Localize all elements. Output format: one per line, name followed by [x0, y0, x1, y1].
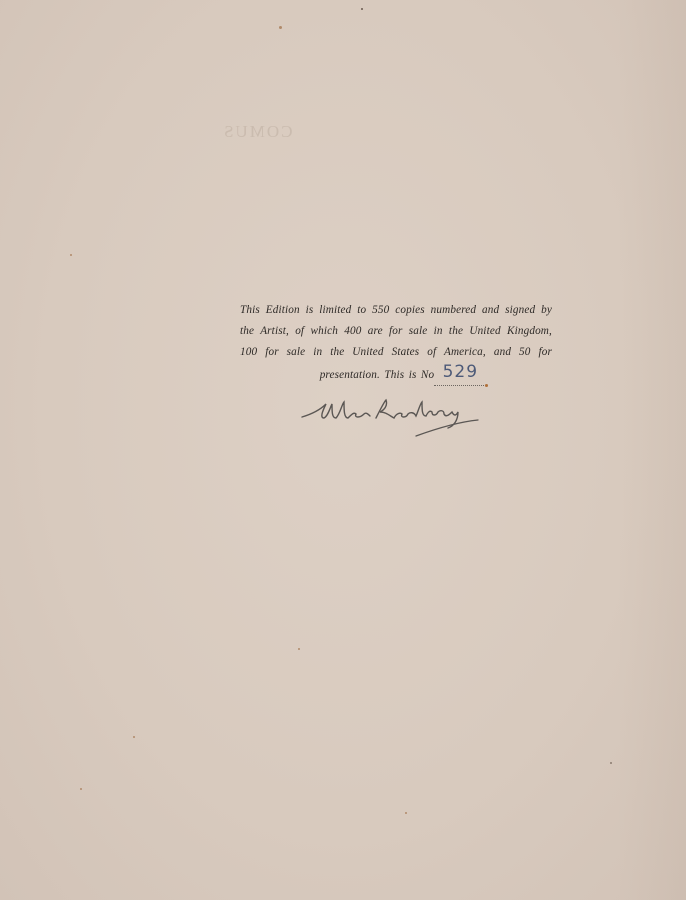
book-page: COMUS This Edition is limited to 550 cop… [0, 0, 686, 900]
paper-speck [279, 26, 282, 29]
artist-signature: Arthur Rackham [298, 392, 488, 442]
statement-line-2: the Artist, of which 400 are for sale in… [240, 321, 552, 342]
page-edge-shadow [616, 0, 686, 900]
paper-speck [610, 762, 612, 764]
limitation-statement: This Edition is limited to 550 copies nu… [240, 300, 552, 387]
copy-number: 529 [443, 362, 478, 382]
paper-speck [298, 648, 300, 650]
paper-speck [80, 788, 82, 790]
statement-line-4-prefix: presentation. This is No [320, 369, 435, 381]
paper-speck [361, 8, 363, 10]
paper-speck [405, 812, 407, 814]
paper-speck [70, 254, 72, 256]
statement-line-3: 100 for sale in the United States of Ame… [240, 342, 552, 363]
copy-number-field: 529 [434, 362, 486, 386]
show-through-title: COMUS [222, 122, 292, 142]
paper-speck [485, 384, 488, 387]
paper-speck [133, 736, 135, 738]
statement-line-1: This Edition is limited to 550 copies nu… [240, 300, 552, 321]
statement-line-4: presentation. This is No529 [240, 363, 552, 387]
